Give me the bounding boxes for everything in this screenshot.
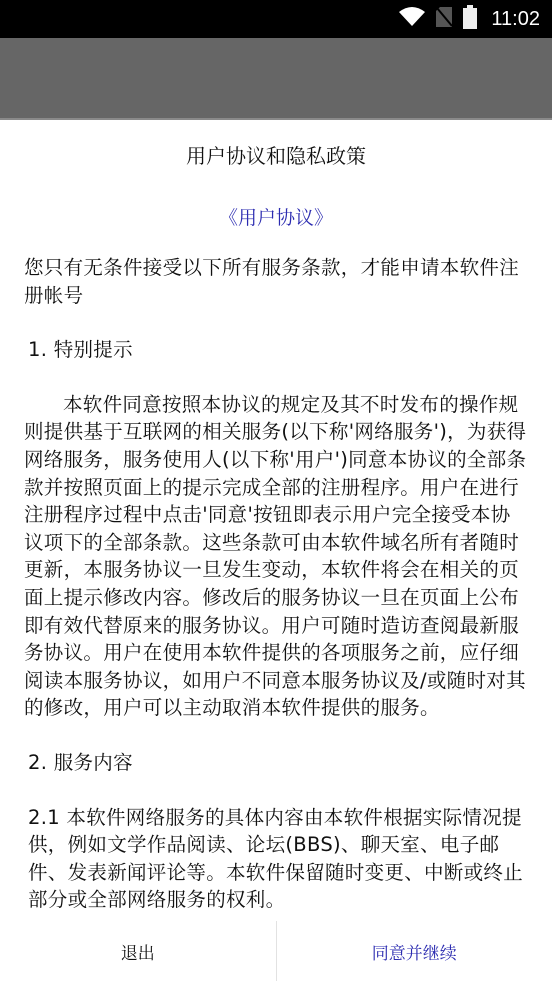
spacer xyxy=(24,232,528,254)
agreement-scroll-area[interactable]: 《用户协议》 您只有无条件接受以下所有服务条款，才能申请本软件注册帐号 1. 特… xyxy=(0,188,552,921)
status-bar: 11:02 xyxy=(0,0,552,38)
spacer xyxy=(24,777,528,804)
no-sim-icon xyxy=(435,6,453,32)
section-paragraph: 本软件同意按照本协议的规定及其不时发布的操作规则提供基于互联网的相关服务(以下称… xyxy=(24,391,528,722)
agree-continue-button[interactable]: 同意并继续 xyxy=(277,921,552,981)
wifi-icon xyxy=(399,7,425,31)
exit-button[interactable]: 退出 xyxy=(0,921,276,981)
dialog-title: 用户协议和隐私政策 xyxy=(0,140,552,169)
spacer xyxy=(24,722,528,749)
dimmed-app-header xyxy=(0,38,552,119)
agreement-dialog: 用户协议和隐私政策 《用户协议》 您只有无条件接受以下所有服务条款，才能申请本软… xyxy=(0,120,552,981)
battery-icon xyxy=(463,5,477,33)
intro-text: 您只有无条件接受以下所有服务条款，才能申请本软件注册帐号 xyxy=(24,254,528,309)
spacer xyxy=(24,309,528,336)
dialog-footer: 退出 同意并继续 xyxy=(0,921,552,981)
user-agreement-link[interactable]: 《用户协议》 xyxy=(24,204,528,232)
section-heading: 1. 特别提示 xyxy=(24,336,528,364)
status-icons: 11:02 xyxy=(399,0,540,38)
spacer xyxy=(24,364,528,391)
section-heading: 2. 服务内容 xyxy=(24,749,528,777)
status-time: 11:02 xyxy=(491,8,540,31)
section-paragraph: 2.1 本软件网络服务的具体内容由本软件根据实际情况提供，例如文学作品阅读、论坛… xyxy=(24,804,528,914)
spacer xyxy=(24,914,528,921)
